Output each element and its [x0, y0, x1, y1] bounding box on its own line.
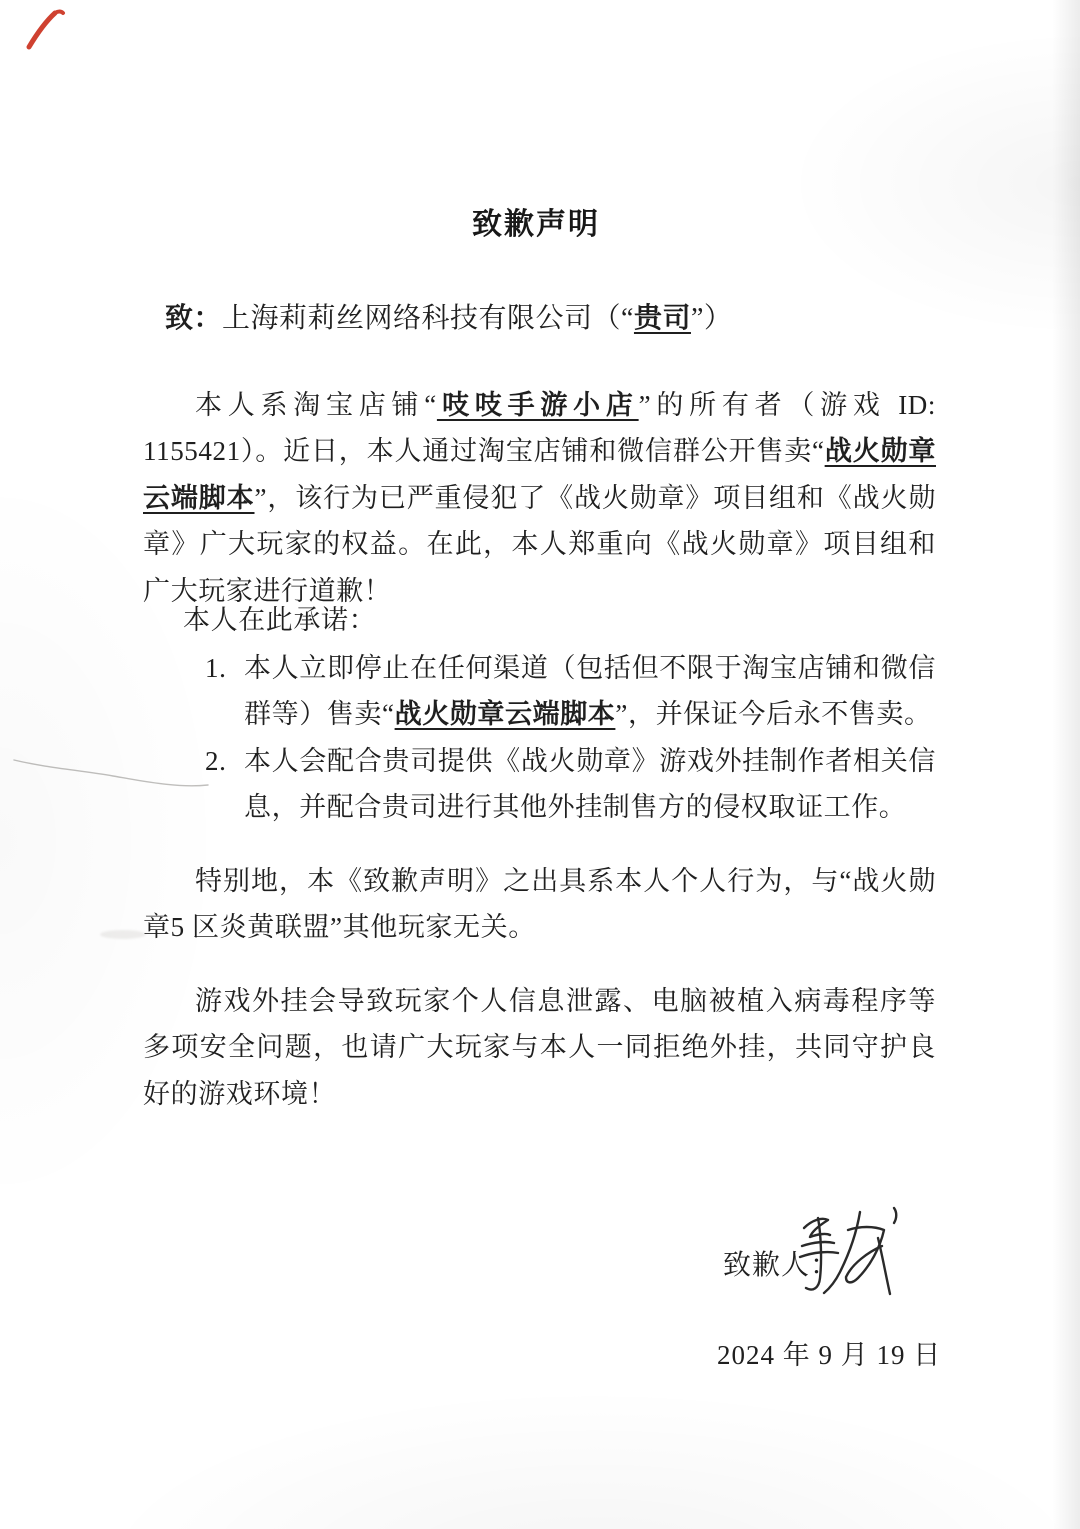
- promise1-text: ”，并保证今后永不售卖。: [615, 699, 931, 729]
- recipient-alias-emphasis: 贵司: [634, 303, 691, 334]
- document-title: 致歉声明: [0, 199, 1072, 243]
- promise-item-2: 2.本人会配合贵司提供《战火勋章》游戏外挂制作者相关信息，并配合贵司进行其他外挂…: [205, 738, 936, 831]
- paragraph-introduction: 本人系淘宝店铺“吱吱手游小店”的所有者（游戏 ID: 1155421）。近日，本…: [143, 382, 936, 614]
- recipient-company-suffix: ”）: [691, 303, 732, 334]
- list-number: 1.: [205, 645, 226, 691]
- scan-scratch-artifact: [8, 748, 218, 798]
- para1-text: 本人系淘宝店铺“: [195, 390, 437, 420]
- script-name-emphasis: 战火勋章云端脚本: [395, 699, 616, 729]
- date-line: 2024 年 9 月 19 日: [717, 1333, 941, 1372]
- promise-item-1: 1.本人立即停止在任何渠道（包括但不限于淘宝店铺和微信群等）售卖“战火勋章云端脚…: [205, 645, 936, 738]
- recipient-company: 上海莉莉丝网络科技有限公司（“: [222, 303, 634, 334]
- scan-smudge-artifact: [100, 930, 146, 939]
- apology-statement-document: 致歉声明 致：上海莉莉丝网络科技有限公司（“贵司”） 本人系淘宝店铺“吱吱手游小…: [0, 0, 1080, 1529]
- signature-handwriting: [790, 1198, 910, 1308]
- recipient-line: 致：上海莉莉丝网络科技有限公司（“贵司”）: [165, 296, 965, 336]
- promise2-text: 本人会配合贵司提供《战火勋章》游戏外挂制作者相关信息，并配合贵司进行其他外挂制售…: [244, 746, 936, 822]
- recipient-label: 致：: [165, 303, 222, 334]
- paragraph-warning: 游戏外挂会导致玩家个人信息泄露、电脑被植入病毒程序等多项安全问题，也请广大玩家与…: [143, 978, 936, 1117]
- red-pen-mark: [22, 5, 66, 53]
- promise-heading: 本人在此承诺：: [183, 598, 376, 637]
- para1-text: ”，该行为已严重侵犯了《战火勋章》项目组和《战火勋章》广大玩家的权益。在此，本人…: [143, 483, 936, 606]
- paragraph-personal-conduct: 特别地，本《致歉声明》之出具系本人个人行为，与“战火勋章5 区炎黄联盟”其他玩家…: [143, 858, 936, 951]
- shop-name-emphasis: 吱吱手游小店: [437, 390, 639, 420]
